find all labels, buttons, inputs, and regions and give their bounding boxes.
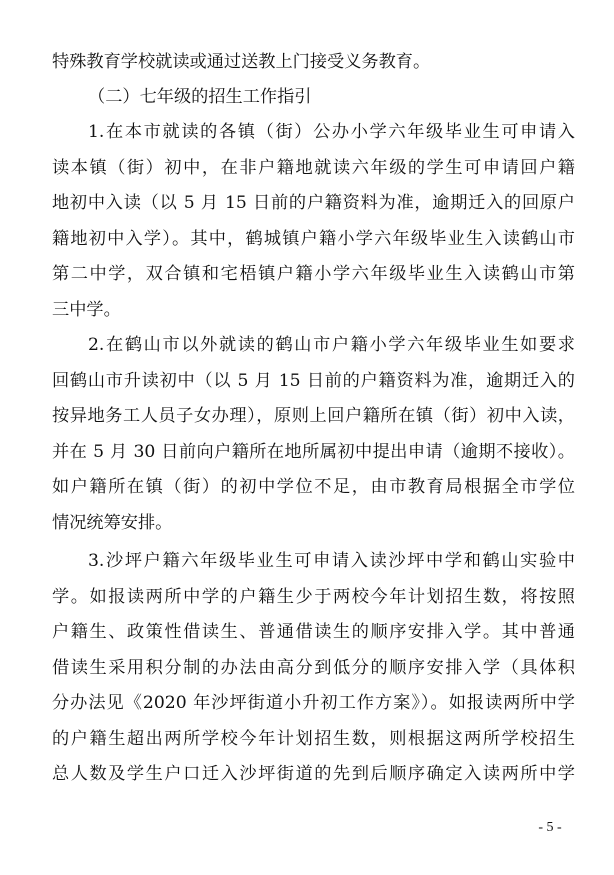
paragraph-line: 1.在本市就读的各镇（街）公办小学六年级毕业生可申请入 — [88, 120, 575, 144]
paragraph-line: 按异地务工人员子女办理），原则上回户籍所在镇（街）初中入读， — [52, 404, 575, 428]
paragraph-line: 回鹤山市升读初中（以 5 月 15 日前的户籍资料为准，逾期迁入的 — [52, 369, 575, 393]
page-number: - 5 - — [530, 820, 570, 836]
section-heading: （二）七年级的招生工作指引 — [88, 85, 575, 109]
paragraph-line: 3.沙坪户籍六年级毕业生可申请入读沙坪中学和鹤山实验中 — [88, 549, 575, 573]
paragraph-line: 户籍生、政策性借读生、普通借读生的顺序安排入学。其中普通 — [52, 620, 575, 644]
paragraph-line: 分办法见《2020 年沙坪街道小升初工作方案》）。如报读两所中学 — [52, 691, 575, 715]
paragraph-line: 学。如报读两所中学的户籍生少于两校今年计划招生数，将按照 — [52, 585, 575, 609]
document-page: 特殊教育学校就读或通过送教上门接受义务教育。 （二）七年级的招生工作指引 1.在… — [0, 0, 614, 875]
paragraph-line: 读本镇（街）初中，在非户籍地就读六年级的学生可申请回户籍 — [52, 156, 575, 180]
paragraph-line: 的户籍生超出两所学校今年计划招生数，则根据这两所学校招生 — [52, 727, 575, 751]
paragraph-line: 如户籍所在镇（街）的初中学位不足，由市教育局根据全市学位 — [52, 475, 575, 499]
paragraph-line: 总人数及学生户口迁入沙坪街道的先到后顺序确定入读两所中学 — [52, 762, 575, 786]
paragraph-line: 并在 5 月 30 日前向户籍所在地所属初中提出申请（逾期不接收）。 — [52, 440, 575, 464]
paragraph-line: 借读生采用积分制的办法由高分到低分的顺序安排入学（具体积 — [52, 656, 575, 680]
paragraph-line: 特殊教育学校就读或通过送教上门接受义务教育。 — [52, 50, 575, 74]
paragraph-line: 情况统筹安排。 — [52, 511, 575, 535]
paragraph-line: 地初中入读（以 5 月 15 日前的户籍资料为准，逾期迁入的回原户 — [52, 191, 575, 215]
paragraph-line: 2.在鹤山市以外就读的鹤山市户籍小学六年级毕业生如要求 — [88, 333, 575, 357]
paragraph-line: 第二中学，双合镇和宅梧镇户籍小学六年级毕业生入读鹤山市第 — [52, 262, 575, 286]
paragraph-line: 籍地初中入学）。其中，鹤城镇户籍小学六年级毕业生入读鹤山市 — [52, 227, 575, 251]
paragraph-line: 三中学。 — [52, 298, 575, 322]
